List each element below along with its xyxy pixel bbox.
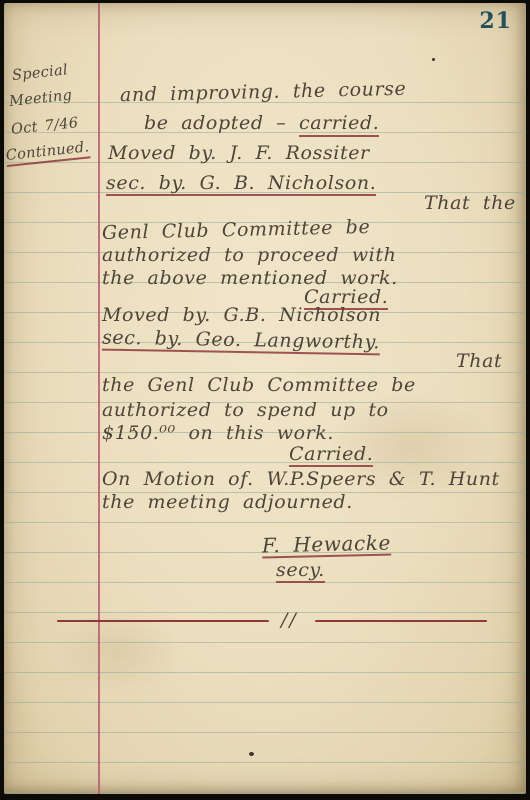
divider-mark: // xyxy=(281,609,298,631)
ink-speck xyxy=(133,428,135,430)
ledger-page: 21 Special Meeting Oct 7/46 Continued. a… xyxy=(4,3,526,794)
margin-rule-line xyxy=(98,3,100,794)
handwriting-line: Moved by. G.B. Nicholson xyxy=(102,306,381,325)
underlined-word: Carried. xyxy=(289,445,373,467)
divider-right-line xyxy=(315,620,487,622)
handwriting-line: That the xyxy=(424,194,516,213)
entry-divider: // xyxy=(57,609,487,631)
handwriting-line: the Genl Club Committee be xyxy=(102,376,416,395)
ink-speck xyxy=(249,752,254,756)
handwriting-line: authorized to proceed with xyxy=(102,246,396,265)
handwriting-line: be adopted – carried. xyxy=(144,114,379,133)
handwriting-line: authorized to spend up to xyxy=(102,401,389,420)
handwriting-line: Moved by. J. F. Rossiter xyxy=(108,144,370,163)
page-number: 21 xyxy=(479,8,512,34)
underlined-word: carried. xyxy=(299,112,379,137)
handwriting-line: On Motion of. W.P.Speers & T. Hunt xyxy=(102,470,500,489)
secretary-signature: F. Hewacke xyxy=(262,533,391,559)
handwriting-line: That xyxy=(456,352,502,371)
handwriting-segment: be adopted – xyxy=(144,112,299,134)
scanned-minute-book-page: 21 Special Meeting Oct 7/46 Continued. a… xyxy=(0,0,530,800)
ink-speck xyxy=(432,58,435,61)
signature-role: secy. xyxy=(276,561,325,583)
handwriting-line: the meeting adjourned. xyxy=(102,493,353,512)
divider-left-line xyxy=(57,620,269,622)
underlined-line: sec. by. G. B. Nicholson. xyxy=(106,174,376,196)
handwriting-line: $150.⁰⁰ on this work. xyxy=(102,424,334,443)
